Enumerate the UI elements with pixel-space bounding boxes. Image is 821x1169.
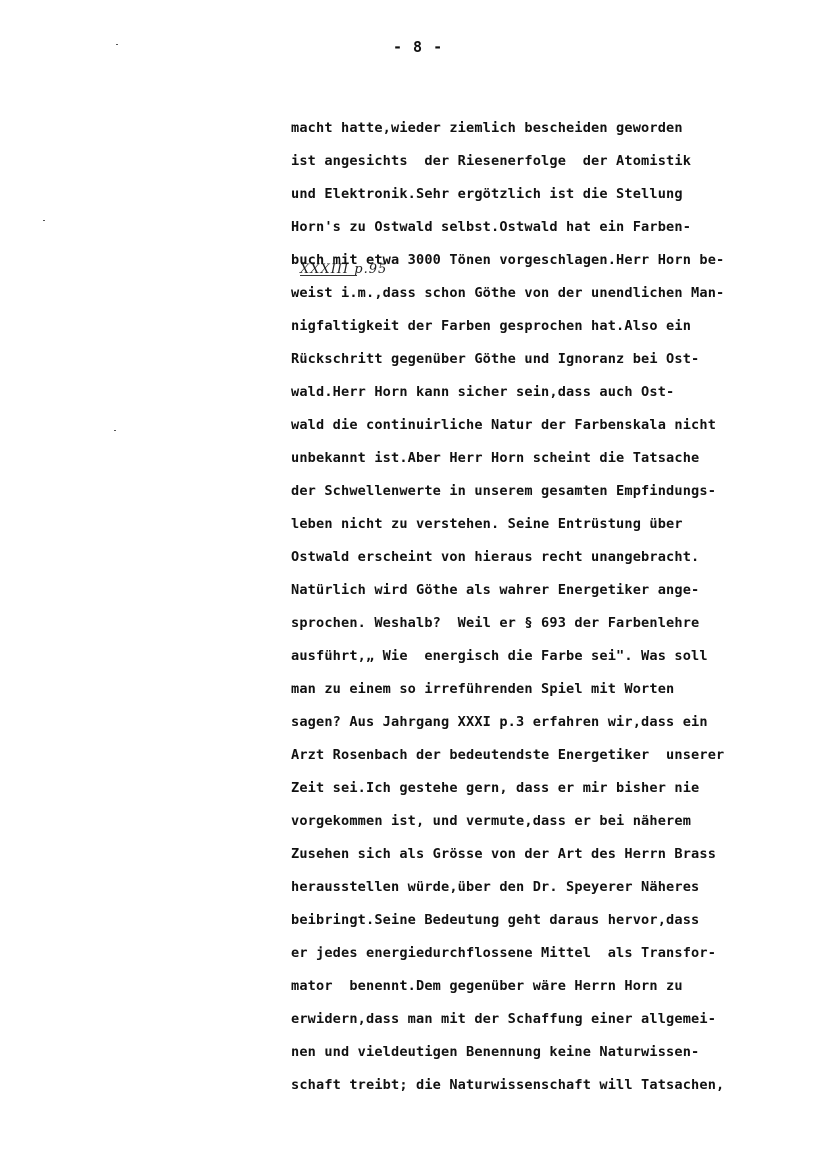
text-line: herausstellen würde,über den Dr. Speyere…: [291, 877, 821, 910]
scan-speck: [114, 430, 116, 431]
scan-speck: [116, 44, 118, 45]
text-line: Zeit sei.Ich gestehe gern, dass er mir b…: [291, 778, 821, 811]
text-line: ist angesichts der Riesenerfolge der Ato…: [291, 151, 821, 184]
text-line: erwidern,dass man mit der Schaffung eine…: [291, 1009, 821, 1042]
text-line: macht hatte,wieder ziemlich bescheiden g…: [291, 118, 821, 151]
scan-speck: [43, 220, 45, 221]
text-line: Zusehen sich als Grösse von der Art des …: [291, 844, 821, 877]
text-line: der Schwellenwerte in unserem gesamten E…: [291, 481, 821, 514]
text-line: man zu einem so irreführenden Spiel mit …: [291, 679, 821, 712]
text-line: wald die continuirliche Natur der Farben…: [291, 415, 821, 448]
text-line: Rückschritt gegenüber Göthe und Ignoranz…: [291, 349, 821, 382]
text-line: er jedes energiedurchflossene Mittel als…: [291, 943, 821, 976]
typed-body-text: macht hatte,wieder ziemlich bescheiden g…: [291, 118, 821, 1108]
text-line: Natürlich wird Göthe als wahrer Energeti…: [291, 580, 821, 613]
text-line: sagen? Aus Jahrgang XXXI p.3 erfahren wi…: [291, 712, 821, 745]
page-number: - 8 -: [393, 38, 443, 56]
text-line: nigfaltigkeit der Farben gesprochen hat.…: [291, 316, 821, 349]
text-line: leben nicht zu verstehen. Seine Entrüstu…: [291, 514, 821, 547]
text-line: Arzt Rosenbach der bedeutendste Energeti…: [291, 745, 821, 778]
text-line: und Elektronik.Sehr ergötzlich ist die S…: [291, 184, 821, 217]
text-line: weist i.m.,dass schon Göthe von der unen…: [291, 283, 821, 316]
text-line: wald.Herr Horn kann sicher sein,dass auc…: [291, 382, 821, 415]
text-line: beibringt.Seine Bedeutung geht daraus he…: [291, 910, 821, 943]
text-line: sprochen. Weshalb? Weil er § 693 der Far…: [291, 613, 821, 646]
text-line: vorgekommen ist, und vermute,dass er bei…: [291, 811, 821, 844]
text-line: unbekannt ist.Aber Herr Horn scheint die…: [291, 448, 821, 481]
text-line: ausführt,„ Wie energisch die Farbe sei".…: [291, 646, 821, 679]
text-line: mator benennt.Dem gegenüber wäre Herrn H…: [291, 976, 821, 1009]
text-line: nen und vieldeutigen Benennung keine Nat…: [291, 1042, 821, 1075]
text-line: schaft treibt; die Naturwissenschaft wil…: [291, 1075, 821, 1108]
text-line: buch mit etwa 3000 Tönen vorgeschlagen.H…: [291, 250, 821, 283]
text-line: Ostwald erscheint von hieraus recht unan…: [291, 547, 821, 580]
text-line: Horn's zu Ostwald selbst.Ostwald hat ein…: [291, 217, 821, 250]
